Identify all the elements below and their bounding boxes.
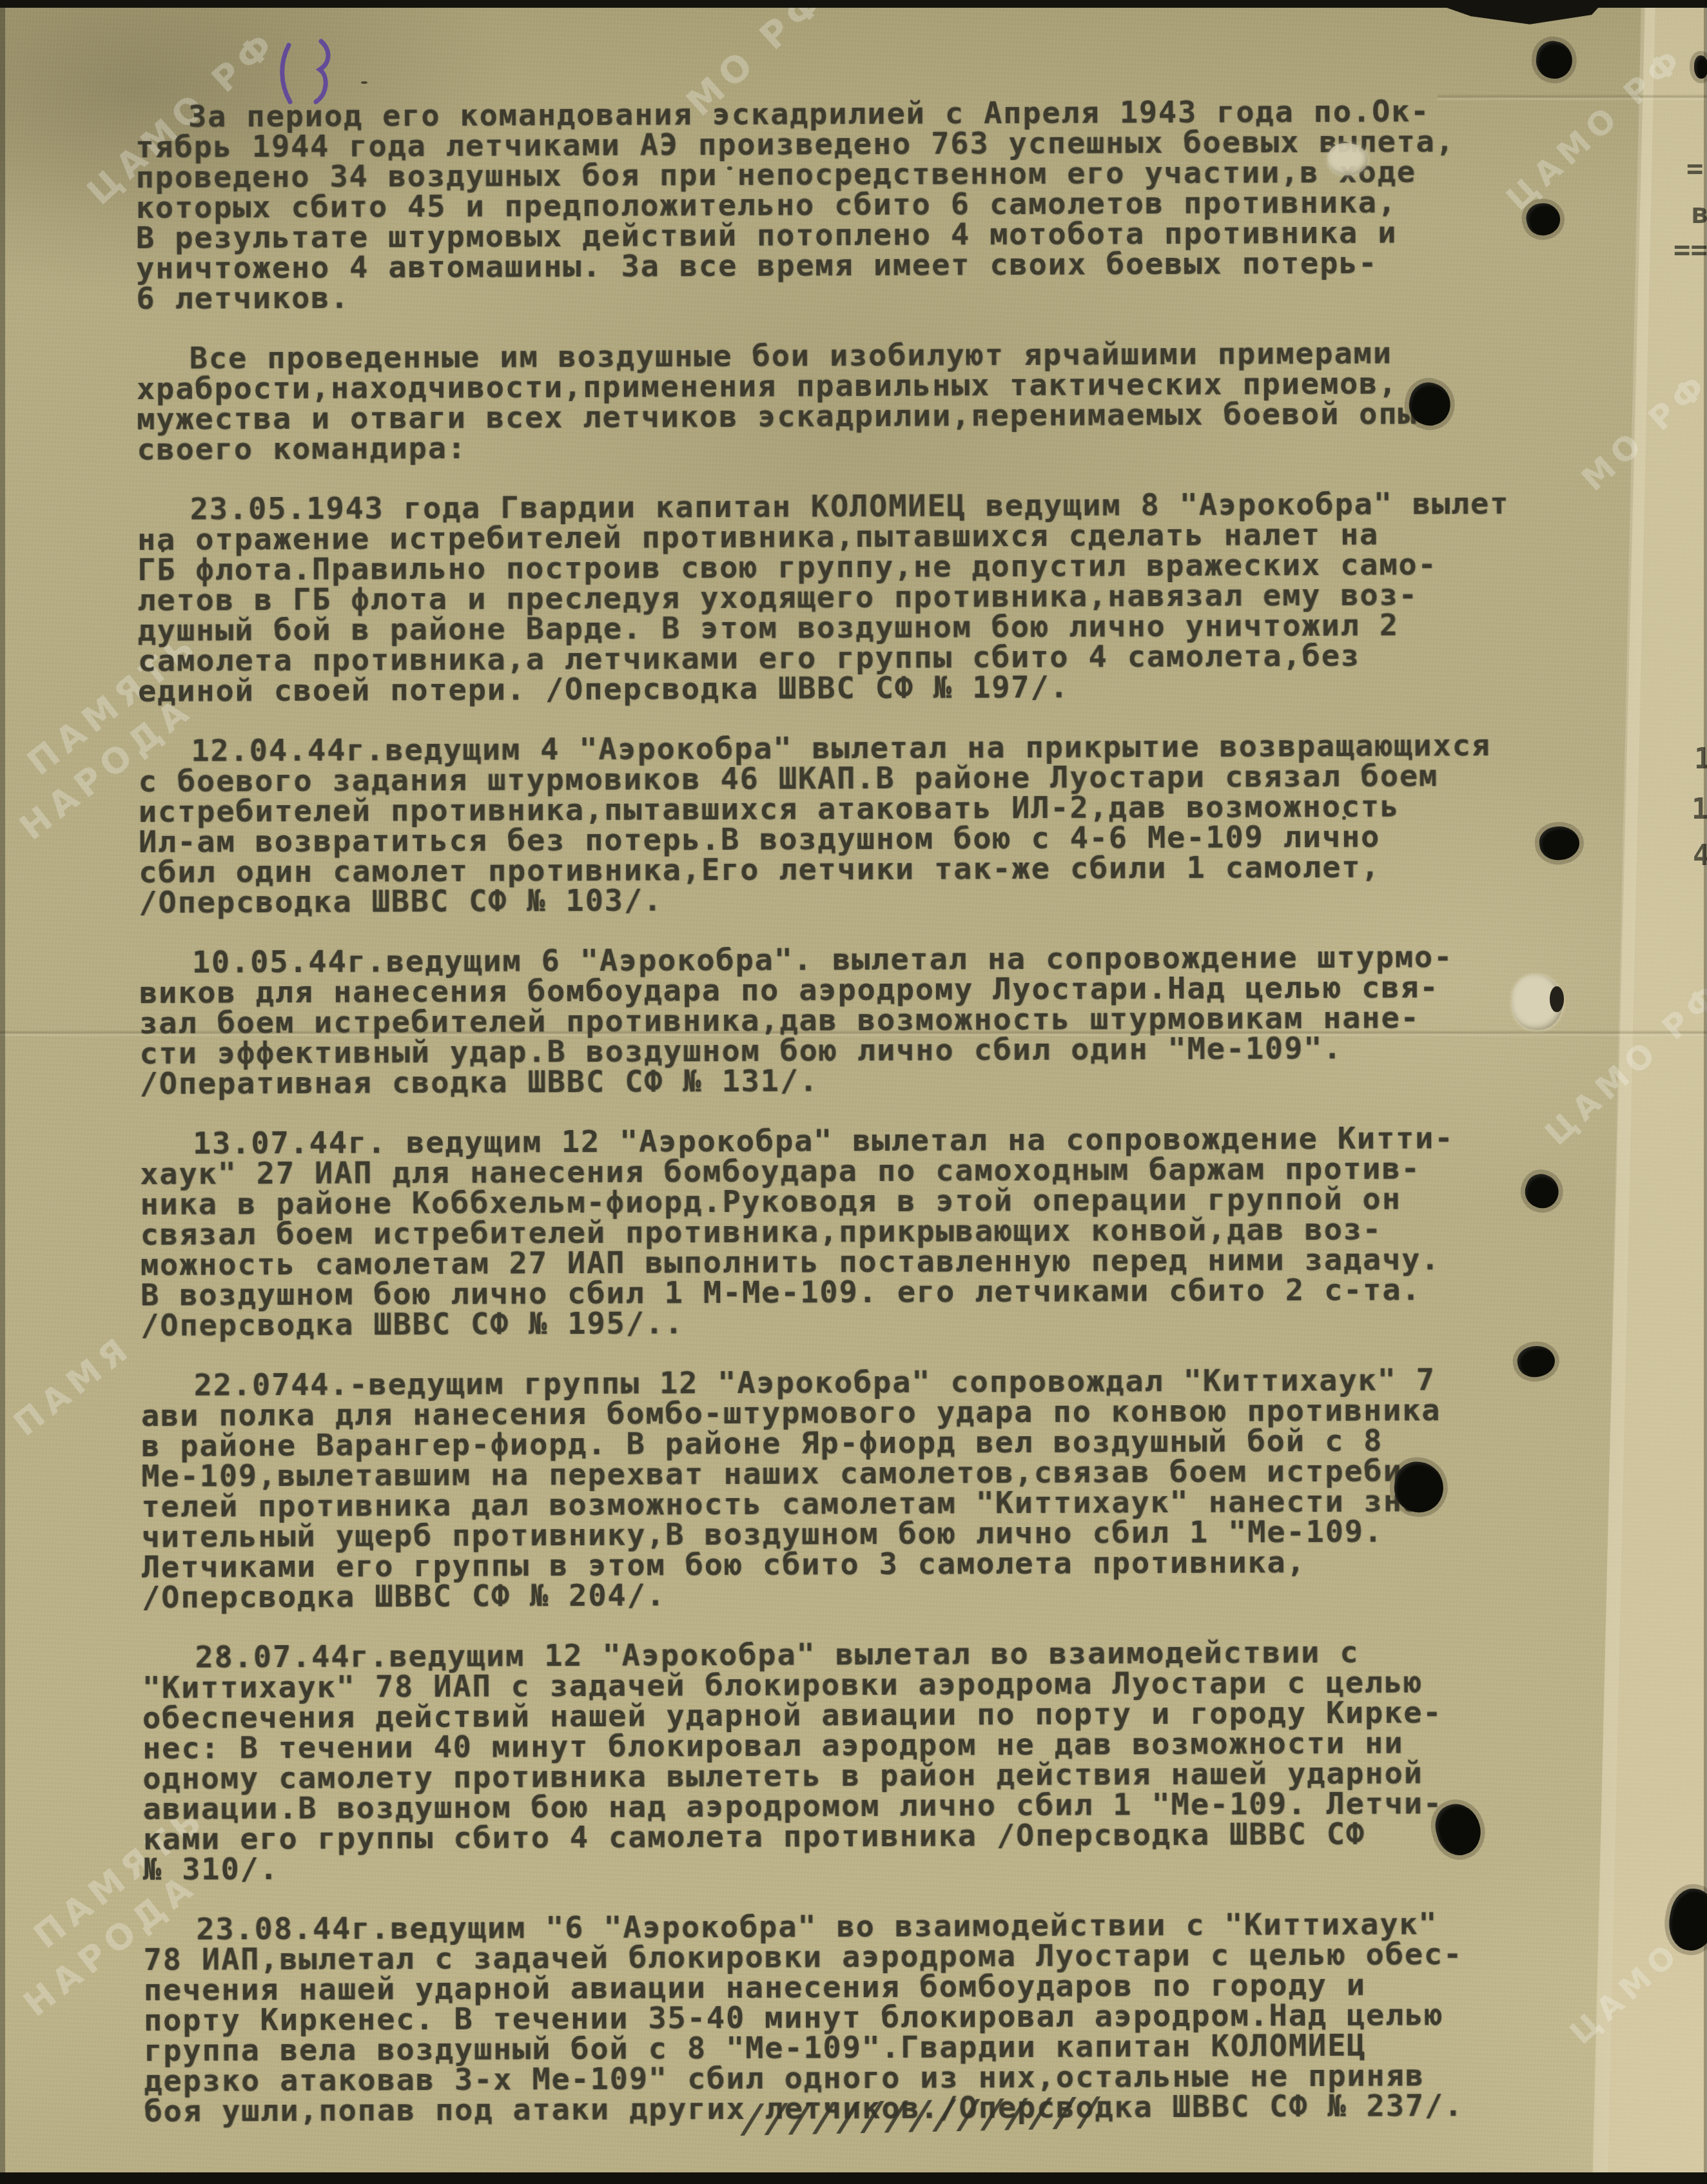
paragraph: 23.05.1943 года Гвардии капитан КОЛОМИЕЦ… bbox=[137, 489, 1524, 707]
ink-speck bbox=[223, 1652, 227, 1657]
text-line: мужества и отваги всех летчиков эскадрил… bbox=[137, 398, 1523, 434]
paragraph: За период его командования эскадрилией с… bbox=[135, 96, 1522, 314]
document-body: За период его командования эскадрилией с… bbox=[135, 96, 1530, 2127]
handwritten-ink-mark-icon bbox=[273, 37, 344, 113]
scanned-document-page: ЦАМО РФМО РФЦАМО РФМО РФПАМЯТЬНАРОДАЦАМО… bbox=[0, 0, 1707, 2184]
adjacent-page-fragment: == bbox=[1673, 233, 1707, 266]
scan-edge-bottom bbox=[0, 2172, 1707, 2184]
paragraph: 10.05.44г.ведущим 6 "Аэрокобра". вылетал… bbox=[139, 942, 1526, 1099]
scan-edge-right bbox=[1704, 0, 1707, 2184]
ink-speck bbox=[1342, 816, 1346, 820]
scan-edge-left bbox=[0, 0, 5, 2184]
text-line: В воздушном бою лично сбил 1 М-Ме-109. е… bbox=[141, 1274, 1527, 1311]
text-line: ками его группы сбито 4 самолета противн… bbox=[143, 1818, 1529, 1855]
paragraph: 28.07.44г.ведущим 12 "Аэрокобра" вылетал… bbox=[142, 1637, 1529, 1885]
text-line: сбил один самолет противника,Его летчики… bbox=[139, 852, 1525, 888]
tally-marks: /////////////// bbox=[737, 2089, 1105, 2141]
text-line: сти эффективный удар.В воздушном бою лич… bbox=[139, 1033, 1525, 1069]
ink-speck bbox=[361, 81, 367, 84]
paragraph: Все проведенные им воздушные бои изобилу… bbox=[137, 338, 1523, 465]
paragraph: 22.0744.-ведущим группы 12 "Аэрокобра" с… bbox=[141, 1365, 1528, 1613]
ink-speck bbox=[161, 549, 164, 552]
ink-speck bbox=[979, 415, 982, 419]
paper-tear-patch bbox=[1328, 143, 1368, 175]
ink-speck bbox=[727, 166, 732, 170]
text-line: уничтожено 4 автомашины. За все время им… bbox=[136, 248, 1522, 284]
text-line: единой своей потери. /Оперсводка ШВВС СФ… bbox=[138, 670, 1524, 707]
paper-tear-notch bbox=[1550, 986, 1564, 1012]
paragraph: 12.04.44г.ведущим 4 "Аэрокобра" вылетал … bbox=[138, 730, 1525, 918]
paragraph: 13.07.44г. ведущим 12 "Аэрокобра" вылета… bbox=[140, 1123, 1527, 1341]
adjacent-page-fragment: = bbox=[1686, 152, 1704, 185]
ink-speck bbox=[1218, 2011, 1222, 2014]
